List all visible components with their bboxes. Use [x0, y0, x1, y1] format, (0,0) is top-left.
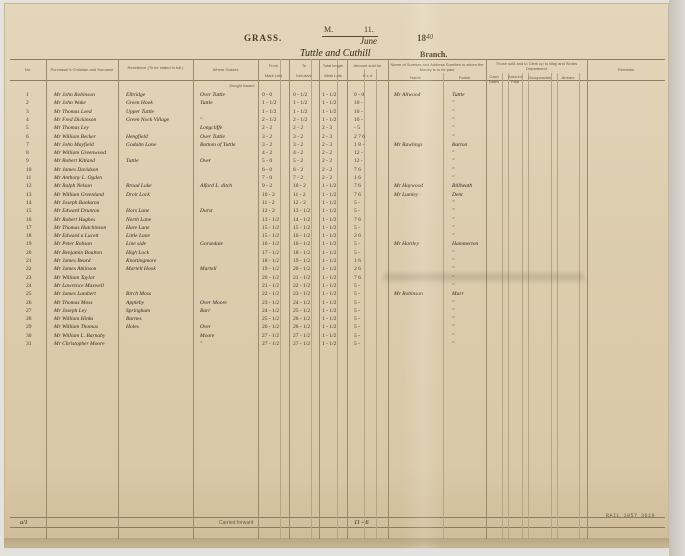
row-number: 1: [26, 91, 29, 99]
where-grazes: Over Tuttle: [200, 91, 225, 99]
to-lot: 12 - 2: [293, 199, 306, 207]
row-number: 29: [26, 323, 32, 331]
to-lot: 6 - 2: [293, 166, 303, 174]
table-row: 5Mr Thomas LeyLongcliffe2 - 22 - 22 - 3-…: [4, 124, 669, 132]
purchaser-name: Mr William Hinks: [54, 315, 93, 323]
to-lot: 20 - 1/2: [293, 265, 310, 273]
purchaser-name: Mr Joseph Bankston: [54, 199, 99, 207]
row-number: 17: [26, 224, 32, 232]
month-label: M.: [324, 25, 333, 34]
where-grazes: Tuttle: [200, 99, 213, 107]
to-lot: 14 - 1/2: [293, 216, 310, 224]
from-lot: 16 - 1/2: [262, 240, 279, 248]
col-header-sureties: Name of Sureties and Address Sureties to…: [388, 62, 486, 72]
residence: Martell Hook: [126, 265, 156, 273]
col-header-total-length: Total length: [319, 63, 347, 68]
from-lot: 26 - 1/2: [262, 323, 279, 331]
amount-sold: 5 -: [354, 249, 360, 257]
to-lot: 0 - 1/2: [293, 91, 307, 99]
from-lot: 2 - 1/2: [262, 116, 276, 124]
surety-parish: ": [452, 116, 454, 124]
from-lot: 10 - 2: [262, 191, 275, 199]
total-length: 1 - 1/2: [322, 240, 336, 248]
purchaser-name: Mr Joseph Ley: [54, 307, 87, 315]
purchaser-name: Mr Thomas Hutchinson: [54, 224, 106, 232]
from-lot: 18 - 1/2: [262, 257, 279, 265]
row-number: 23: [26, 274, 32, 282]
total-length: 2 - 3: [322, 124, 332, 132]
total-length: 1 - 1/2: [322, 332, 336, 340]
row-number: 8: [26, 149, 29, 157]
from-lot: 15 - 1/2: [262, 224, 279, 232]
amount-sold: 7 6: [354, 216, 361, 224]
residence: Elbridge: [126, 91, 145, 99]
surety-name: Mr Hartley: [394, 240, 419, 248]
amount-sold: 1 6: [354, 257, 361, 265]
total-length: 2 - 3: [322, 141, 332, 149]
amount-sold: 5 -: [354, 199, 360, 207]
col-header-from-sub: Mark Lots: [258, 73, 289, 78]
purchaser-name: Mr Christopher Moore: [54, 340, 105, 348]
purchaser-name: Mr Benjamin Boulton: [54, 249, 102, 257]
amount-sold: 7 6: [354, 191, 361, 199]
where-grazes: ": [200, 116, 202, 124]
col-header-cash-dates: Cash Dates: [486, 74, 502, 84]
from-lot: 0 - 0: [262, 91, 272, 99]
branch-label: Branch.: [420, 50, 447, 59]
to-lot: 21 - 1/2: [293, 274, 310, 282]
to-lot: 27 - 1/2: [293, 332, 310, 340]
row-number: 14: [26, 199, 32, 207]
date-handwritten: June: [360, 36, 377, 46]
purchaser-name: Mr James Lambert: [54, 290, 96, 298]
total-length: 1 - 1/2: [322, 216, 336, 224]
carried-forward-label: Carried forward: [219, 520, 253, 526]
table-row: 8Mr William Greenwood4 - 24 - 22 - 212 -…: [4, 149, 669, 157]
amount-sold: 2 6: [354, 265, 361, 273]
to-lot: 18 - 1/2: [293, 249, 310, 257]
year-label: 1840: [417, 33, 433, 43]
total-length: 1 - 1/2: [322, 182, 336, 190]
residence: Upper Tuttle: [126, 108, 154, 116]
to-lot: 5 - 2: [293, 157, 303, 165]
residence: Barnes: [126, 315, 142, 323]
row-number: 4: [26, 116, 29, 124]
total-length: 1 - 1/2: [322, 274, 336, 282]
to-lot: 10 - 2: [293, 182, 306, 190]
to-lot: 3 - 2: [293, 133, 303, 141]
from-lot: 22 - 1/2: [262, 290, 279, 298]
to-lot: 27 - 1/2: [293, 340, 310, 348]
col-header-amount-paid: Amount Paid: [508, 74, 522, 84]
table-row: 14Mr Joseph Bankston11 - 212 - 21 - 1/25…: [4, 199, 669, 207]
surety-parish: ": [452, 207, 454, 215]
from-lot: 21 - 1/2: [262, 282, 279, 290]
total-length: 1 - 1/2: [322, 340, 336, 348]
table-row: 28Mr William HinksBarnes25 - 1/226 - 1/2…: [4, 315, 669, 323]
amount-sold: 0 - 0: [354, 91, 364, 99]
row-number: 7: [26, 141, 29, 149]
total-length: 1 - 1/2: [322, 265, 336, 273]
to-lot: 19 - 1/2: [293, 257, 310, 265]
from-lot: 24 - 1/2: [262, 307, 279, 315]
purchaser-name: Mr James Beard: [54, 257, 90, 265]
year-prefix: 18: [417, 33, 426, 43]
where-grazes: Barr: [200, 307, 210, 315]
amount-sold: 5 -: [354, 323, 360, 331]
purchaser-name: Mr William Greenwood: [54, 149, 106, 157]
surety-parish: ": [452, 124, 454, 132]
col-header-sureties-name: Name: [388, 75, 443, 80]
row-number: 2: [26, 99, 29, 107]
residence: Holes: [126, 323, 139, 331]
purchaser-name: Mr William Greenland: [54, 191, 104, 199]
col-header-no: No.: [10, 67, 46, 72]
surety-parish: ": [452, 99, 454, 107]
total-length: 1 - 1/2: [322, 257, 336, 265]
to-lot: 25 - 1/2: [293, 307, 310, 315]
purchaser-name: Mr Edward Drunton: [54, 207, 99, 215]
row-number: 25: [26, 290, 32, 298]
row-number: 11: [26, 174, 31, 182]
col-header-total-sub: Mark Lots: [319, 73, 347, 78]
where-grazes: Longcliffe: [200, 124, 222, 132]
amount-sold: 5 -: [354, 340, 360, 348]
table-row: 25Mr James LambertBirch Moss22 - 1/223 -…: [4, 290, 669, 298]
to-lot: 23 - 1/2: [293, 290, 310, 298]
row-number: 26: [26, 299, 32, 307]
row-number: 18: [26, 232, 32, 240]
from-lot: 27 - 1/2: [262, 340, 279, 348]
purchaser-name: Mr William L. Barnaby: [54, 332, 105, 340]
page-bottom-shadow: [4, 538, 669, 550]
amount-sold: 10 -: [354, 99, 363, 107]
to-lot: 11 - 2: [293, 191, 306, 199]
where-grazes: Over: [200, 323, 211, 331]
surety-parish: ": [452, 166, 454, 174]
row-number: 20: [26, 249, 32, 257]
residence: Broad Lake: [126, 182, 152, 190]
surety-parish: ": [452, 249, 454, 257]
to-lot: 4 - 2: [293, 149, 303, 157]
total-length: 2 - 2: [322, 166, 332, 174]
total-length: 1 - 1/2: [322, 323, 336, 331]
row-number: 16: [26, 216, 32, 224]
from-lot: 20 - 1/2: [262, 274, 279, 282]
row-number: 3: [26, 108, 29, 116]
table-row: 31Mr Christopher Moore"27 - 1/227 - 1/21…: [4, 340, 669, 348]
amount-sold: 7 6: [354, 274, 361, 282]
purchaser-name: Mr John Wake: [54, 99, 86, 107]
to-lot: 1 - 1/2: [293, 108, 307, 116]
from-lot: 3 - 2: [262, 141, 272, 149]
surety-name: Mr Lumley: [394, 191, 418, 199]
total-length: 1 - 1/2: [322, 199, 336, 207]
residence: Knottingmore: [126, 257, 156, 265]
where-grazes: Alford L. ditch: [200, 182, 232, 190]
archive-reference-stamp: RAIL 1057 3619: [606, 513, 655, 519]
table-row: 3Mr Thomas LeedUpper Tuttle1 - 1/21 - 1/…: [4, 108, 669, 116]
from-lot: 1 - 1/2: [262, 108, 276, 116]
from-lot: 2 - 2: [262, 124, 272, 132]
total-length: 2 - 2: [322, 174, 332, 182]
to-lot: 13 - 1/2: [293, 207, 310, 215]
total-length: 2 - 2: [322, 149, 332, 157]
table-row: 12Mr Ralph NelsonBroad LakeAlford L. dit…: [4, 182, 669, 190]
surety-name: Mr Haywood: [394, 182, 423, 190]
from-lot: 23 - 1/2: [262, 299, 279, 307]
residence: Appleby: [126, 299, 144, 307]
surety-name: Mr Allwood: [394, 91, 420, 99]
to-lot: 24 - 1/2: [293, 299, 310, 307]
brought-forward-label: Brought forward: [222, 84, 262, 89]
total-length: 1 - 1/2: [322, 207, 336, 215]
table-row: 1Mr John RobinsonElbridgeOver Tuttle0 - …: [4, 91, 669, 99]
surety-parish: ": [452, 315, 454, 323]
from-lot: 25 - 1/2: [262, 315, 279, 323]
where-grazes: Over Tuttle: [200, 133, 225, 141]
total-length: 1 - 1/2: [322, 91, 336, 99]
col-header-amount-sold: Amount sold for: [347, 63, 388, 68]
col-header-to: To: [289, 63, 319, 68]
amount-sold: 12 -: [354, 149, 363, 157]
table-row: 13Mr William GreenlandDroit Lock10 - 211…: [4, 191, 669, 199]
ledger-sheet: GRASS. M. 11. June 1840 Tuttle and Cuthi…: [4, 3, 669, 548]
surety-parish: ": [452, 282, 454, 290]
residence: Droit Lock: [126, 191, 150, 199]
where-grazes: Gorsedale: [200, 240, 223, 248]
col-header-arrears: Arrears: [557, 75, 579, 80]
where-grazes: Martell: [200, 265, 217, 273]
table-row: 15Mr Edward DruntonHors LaneDurst12 - 21…: [4, 207, 669, 215]
row-number: 22: [26, 265, 32, 273]
total-length: 1 - 1/2: [322, 315, 336, 323]
from-lot: 11 - 2: [262, 199, 275, 207]
amount-sold: 12 -: [354, 157, 363, 165]
total-length: 1 - 1/2: [322, 232, 336, 240]
row-number: 5: [26, 124, 29, 132]
surety-parish: ": [452, 157, 454, 165]
total-length: 1 - 1/2: [322, 249, 336, 257]
surety-parish: Hammerton: [452, 240, 478, 248]
total-length: 1 - 1/2: [322, 99, 336, 107]
table-row: 19Mr Peter RobsonLine sideGorsedale16 - …: [4, 240, 669, 248]
residence: North Lane: [126, 216, 151, 224]
amount-sold: 1 6: [354, 174, 361, 182]
row-number: 21: [26, 257, 32, 265]
col-header-occupancies: Occupancies: [528, 75, 551, 80]
from-lot: 5 - 0: [262, 157, 272, 165]
surety-parish: ": [452, 216, 454, 224]
to-lot: 1 - 1/2: [293, 99, 307, 107]
total-length: 1 - 1/2: [322, 307, 336, 315]
table-row: 26Mr Thomas MossApplebyOver Moore23 - 1/…: [4, 299, 669, 307]
amount-sold: 10 -: [354, 108, 363, 116]
total-length: 1 - 1/2: [322, 108, 336, 116]
to-lot: 3 - 2: [293, 141, 303, 149]
total-length: 1 - 1/2: [322, 282, 336, 290]
where-grazes: Bottom of Tuttle: [200, 141, 235, 149]
col-header-sureties-parish: Parish: [443, 75, 486, 80]
surety-parish: Barton: [452, 141, 467, 149]
residence: Hors Lane: [126, 207, 149, 215]
from-lot: 7 - 0: [262, 174, 272, 182]
to-lot: 26 - 1/2: [293, 315, 310, 323]
from-lot: 6 - 0: [262, 166, 272, 174]
table-row: 17Mr Thomas HutchinsonHare Lane15 - 1/21…: [4, 224, 669, 232]
to-lot: 22 - 1/2: [293, 282, 310, 290]
row-number: 31: [26, 340, 32, 348]
row-number: 12: [26, 182, 32, 190]
col-header-remarks: Remarks: [587, 67, 665, 72]
from-lot: 17 - 1/2: [262, 249, 279, 257]
from-lot: 1 - 1/2: [262, 99, 276, 107]
purchaser-name: Mr Anthony L. Ogden: [54, 174, 102, 182]
table-row: 7Mr John MayfieldGodalm LaneBottom of Tu…: [4, 141, 669, 149]
residence: Green Nock Village: [126, 116, 169, 124]
surety-parish: ": [452, 332, 454, 340]
row-number: 24: [26, 282, 32, 290]
amount-sold: 5 -: [354, 315, 360, 323]
purchaser-name: Mr William Thomas: [54, 323, 98, 331]
where-grazes: Durst: [200, 207, 213, 215]
from-lot: 12 - 2: [262, 207, 275, 215]
row-number: 28: [26, 315, 32, 323]
purchaser-name: Mr Robert Kitland: [54, 157, 95, 165]
day-label: 11.: [364, 25, 374, 34]
where-grazes: ": [200, 340, 202, 348]
to-lot: 2 - 1/2: [293, 116, 307, 124]
amount-sold: 2 7 6: [354, 133, 365, 141]
col-header-where-grazes: Where Grazes: [193, 67, 258, 72]
purchaser-name: Mr John Robinson: [54, 91, 95, 99]
table-row: 9Mr Robert KitlandTuttleOver5 - 05 - 22 …: [4, 157, 669, 165]
scanner-edge: [669, 0, 685, 556]
table-row: 10Mr James Davidson6 - 06 - 22 - 27 6": [4, 166, 669, 174]
purchaser-name: Mr Robert Hughes: [54, 216, 95, 224]
purchaser-name: Mr Thomas Ley: [54, 124, 89, 132]
table-row: 20Mr Benjamin BoultonHigh Lock17 - 1/218…: [4, 249, 669, 257]
row-number: 9: [26, 157, 29, 165]
from-lot: 9 - 2: [262, 182, 272, 190]
surety-name: Mr Rawlings: [394, 141, 423, 149]
total-length: 1 - 1/2: [322, 224, 336, 232]
col-header-from: From: [258, 63, 289, 68]
residence: Springham: [126, 307, 150, 315]
where-grazes: Over: [200, 157, 211, 165]
to-lot: 16 - 1/2: [293, 232, 310, 240]
purchaser-name: Mr James Davidson: [54, 166, 98, 174]
surety-parish: Marr: [452, 290, 464, 298]
surety-parish: Dent: [452, 191, 463, 199]
surety-parish: ": [452, 199, 454, 207]
from-lot: 15 - 1/2: [262, 232, 279, 240]
table-row: 18Mr Edward a LucettLittle Lane15 - 1/21…: [4, 232, 669, 240]
purchaser-name: Mr Peter Robson: [54, 240, 92, 248]
amount-sold: 5 -: [354, 290, 360, 298]
purchaser-name: Mr James Atkinson: [54, 265, 96, 273]
total-length: 1 - 1/2: [322, 191, 336, 199]
table-row: 6Mr William BeckerHengfieldOver Tuttle3 …: [4, 133, 669, 141]
document-title: GRASS.: [244, 33, 282, 43]
amount-sold: 1 8 -: [354, 141, 364, 149]
surety-parish: ": [452, 257, 454, 265]
residence: High Lock: [126, 249, 149, 257]
amount-sold: 2 6: [354, 232, 361, 240]
surety-name: Mr Robinson: [394, 290, 423, 298]
footer-mark: a/1: [20, 519, 28, 527]
surety-parish: ": [452, 108, 454, 116]
surety-parish: ": [452, 299, 454, 307]
row-number: 30: [26, 332, 32, 340]
surety-parish: ": [452, 174, 454, 182]
where-grazes: Over Moore: [200, 299, 227, 307]
branch-handwritten: Tuttle and Cuthill: [300, 48, 371, 59]
row-number: 27: [26, 307, 32, 315]
table-row: 24Mr Lawrence Maxwell21 - 1/222 - 1/21 -…: [4, 282, 669, 290]
residence: Godalm Lane: [126, 141, 156, 149]
from-lot: 4 - 2: [262, 149, 272, 157]
surety-parish: Tuttle: [452, 91, 465, 99]
amount-sold: 5 -: [354, 207, 360, 215]
footer-total: 11 - 6: [354, 519, 369, 527]
table-row: 16Mr Robert HughesNorth Lane13 - 1/214 -…: [4, 216, 669, 224]
year-suffix: 40: [426, 33, 433, 41]
amount-sold: 5 -: [354, 299, 360, 307]
col-header-purchasers: Purchaser's Christian and Surname: [46, 67, 118, 72]
purchaser-name: Mr Lawrence Maxwell: [54, 282, 104, 290]
surety-parish: ": [452, 232, 454, 240]
table-row: 4Mr Fred DickinsonGreen Nock Village"2 -…: [4, 116, 669, 124]
surety-parish: Billheath: [452, 182, 472, 190]
surety-parish: ": [452, 323, 454, 331]
table-row: 30Mr William L. BarnabyMoore27 - 1/227 -…: [4, 332, 669, 340]
surety-parish: ": [452, 133, 454, 141]
amount-sold: 10 -: [354, 116, 363, 124]
amount-sold: 5 -: [354, 224, 360, 232]
total-length: 2 - 3: [322, 133, 332, 141]
amount-sold: 7 6: [354, 166, 361, 174]
row-number: 13: [26, 191, 32, 199]
col-header-amount-sub: £ s d: [347, 73, 388, 78]
to-lot: 16 - 1/2: [293, 240, 310, 248]
amount-sold: 5 -: [354, 282, 360, 290]
residence: Birch Moss: [126, 290, 151, 298]
table-row: 29Mr William ThomasHolesOver26 - 1/226 -…: [4, 323, 669, 331]
table-row: 21Mr James BeardKnottingmore18 - 1/219 -…: [4, 257, 669, 265]
purchaser-name: Mr William Becker: [54, 133, 96, 141]
ink-smear: [384, 273, 584, 281]
amount-sold: 5 -: [354, 307, 360, 315]
residence: Hare Lane: [126, 224, 149, 232]
purchaser-name: Mr Thomas Moss: [54, 299, 93, 307]
total-length: 1 - 1/2: [322, 116, 336, 124]
table-row: 2Mr John WakeGreen HookTuttle1 - 1/21 - …: [4, 99, 669, 107]
row-number: 6: [26, 133, 29, 141]
amount-sold: 5 -: [354, 240, 360, 248]
purchaser-name: Mr John Mayfield: [54, 141, 94, 149]
where-grazes: Moore: [200, 332, 214, 340]
row-number: 15: [26, 207, 32, 215]
from-lot: 3 - 2: [262, 133, 272, 141]
residence: Little Lane: [126, 232, 150, 240]
from-lot: 19 - 1/2: [262, 265, 279, 273]
amount-sold: - 5: [354, 124, 360, 132]
purchaser-name: Mr Fred Dickinson: [54, 116, 96, 124]
purchaser-name: Mr William Taylor: [54, 274, 95, 282]
to-lot: 7 - 2: [293, 174, 303, 182]
col-header-cleared: Those sold and to Clerk up to Way and Wo…: [486, 61, 587, 71]
